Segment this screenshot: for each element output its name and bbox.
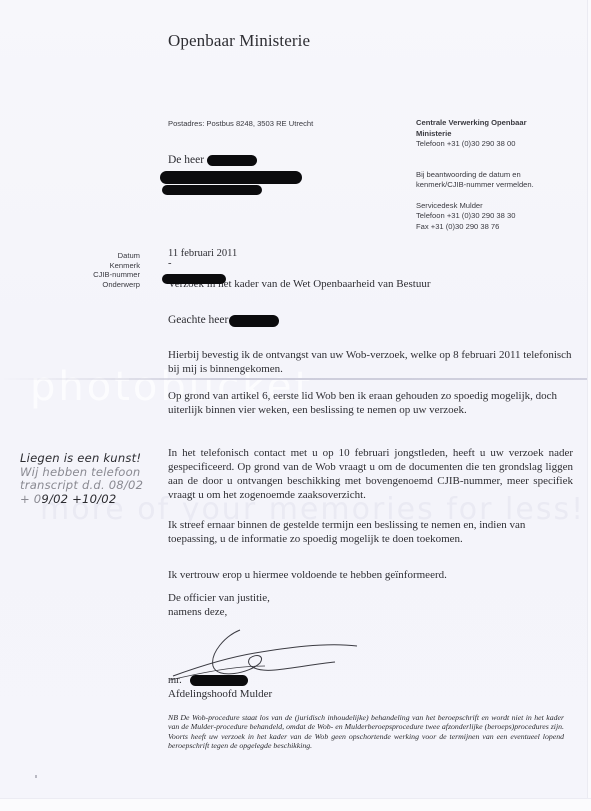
margin-annotation: Liegen is een kunst! Wij hebben telefoon… (20, 452, 170, 506)
sender-block: Centrale Verwerking Openbaar Ministerie … (416, 118, 586, 232)
label-kenmerk: Kenmerk (60, 261, 140, 271)
annotation-line1: Liegen is een kunst! (20, 452, 170, 466)
closing-line1: De officier van justitie, (168, 591, 270, 605)
annotation-line4: + 09/02 +10/02 (20, 493, 170, 507)
meta-labels: Datum Kenmerk CJIB-nummer Onderwerp (60, 251, 140, 289)
annotation-line2: Wij hebben telefoon (20, 466, 170, 480)
organization-title: Openbaar Ministerie (168, 31, 310, 51)
paragraph-phone-contact: In het telefonisch contact met u op 10 f… (168, 446, 573, 502)
servicedesk-phone: Telefoon +31 (0)30 290 38 30 (416, 211, 586, 222)
signer-name-prefix: mr. (168, 675, 182, 686)
redacted-address-line2 (162, 185, 262, 195)
meta-values: 11 februari 2011 - Verzoek in het kader … (168, 249, 568, 289)
paragraph-article-6: Op grond van artikel 6, eerste lid Wob b… (168, 389, 573, 417)
annotation-line3: transcript d.d. 08/02 (20, 479, 170, 493)
department-line2: Ministerie (416, 129, 586, 140)
paragraph-confirmation: Hierbij bevestig ik de ontvangst van uw … (168, 348, 573, 376)
kenmerk-value: - (168, 259, 568, 269)
footnote-nb: NB De Wob-procedure staat los van de (ju… (168, 713, 564, 750)
paper-bottom-edge (0, 798, 591, 811)
signer-title: Afdelingshoofd Mulder (168, 688, 272, 700)
greeting: Geachte heer (168, 314, 228, 326)
label-datum: Datum (60, 251, 140, 261)
postal-address: Postadres: Postbus 8248, 3503 RE Utrecht (168, 119, 313, 130)
department-line1: Centrale Verwerking Openbaar (416, 118, 586, 129)
paragraph-intent: Ik streef ernaar binnen de gestelde term… (168, 518, 573, 546)
reference-note-line1: Bij beantwoording de datum en (416, 170, 586, 181)
redacted-cjib-nummer (162, 274, 226, 284)
scanned-letter-page: photobucket more of your memories for le… (0, 0, 591, 811)
annotation-line4-dark: 9/02 +10/02 (41, 492, 116, 506)
scan-speck (35, 775, 37, 778)
redacted-signer-name (190, 675, 248, 686)
redacted-greeting-name (229, 315, 279, 327)
paper-fold-line (0, 378, 591, 380)
paper-right-edge (587, 0, 591, 811)
servicedesk-name: Servicedesk Mulder (416, 201, 586, 212)
paragraph-informed: Ik vertrouw erop u hiermee voldoende te … (168, 568, 573, 582)
servicedesk-fax: Fax +31 (0)30 290 38 76 (416, 222, 586, 233)
label-cjib-nummer: CJIB-nummer (60, 270, 140, 280)
redacted-address-line1 (160, 171, 302, 184)
label-onderwerp: Onderwerp (60, 280, 140, 290)
closing-line2: namens deze, (168, 605, 270, 619)
main-phone: Telefoon +31 (0)30 290 38 00 (416, 139, 586, 150)
date-value: 11 februari 2011 (168, 249, 568, 259)
closing-block: De officier van justitie, namens deze, (168, 591, 270, 619)
subject-value: Verzoek in het kader van de Wet Openbaar… (168, 279, 568, 289)
annotation-line4-faded: + 0 (20, 492, 41, 506)
recipient-salutation: De heer (168, 154, 204, 166)
reference-note-line2: kenmerk/CJIB-nummer vermelden. (416, 180, 586, 191)
redacted-recipient-name (207, 155, 257, 166)
